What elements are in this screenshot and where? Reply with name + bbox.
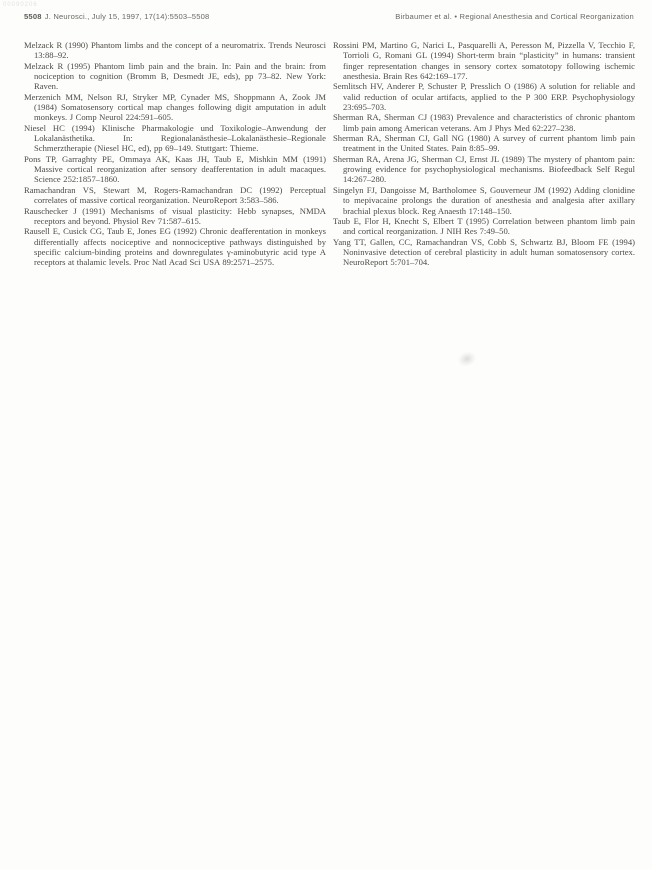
reference-entry: Yang TT, Gallen, CC, Ramachandran VS, Co… [333, 237, 635, 268]
references-column-left: Melzack R (1990) Phantom limbs and the c… [24, 40, 326, 268]
reference-entry: Pons TP, Garraghty PE, Ommaya AK, Kaas J… [24, 154, 326, 185]
reference-entry: Rausell E, Cusick CG, Taub E, Jones EG (… [24, 226, 326, 267]
reference-entry: Merzenich MM, Nelson RJ, Stryker MP, Cyn… [24, 92, 326, 123]
reference-entry: Semlitsch HV, Anderer P, Schuster P, Pre… [333, 81, 635, 112]
page-header: 5508J. Neurosci., July 15, 1997, 17(14):… [24, 12, 634, 21]
reference-entry: Sherman RA, Arena JG, Sherman CJ, Ernst … [333, 154, 635, 185]
reference-entry: Sherman RA, Sherman CJ (1983) Prevalence… [333, 112, 635, 133]
reference-entry: Taub E, Flor H, Knecht S, Elbert T (1995… [333, 216, 635, 237]
journal-citation-text: J. Neurosci., July 15, 1997, 17(14):5503… [45, 12, 210, 21]
reference-entry: Rauschecker J (1991) Mechanisms of visua… [24, 206, 326, 227]
reference-entry: Niesel HC (1994) Klinische Pharmakologie… [24, 123, 326, 154]
page-number: 5508 [24, 12, 42, 21]
reference-entry: Ramachandran VS, Stewart M, Rogers-Ramac… [24, 185, 326, 206]
scan-smudge-artifact [456, 349, 478, 368]
references-column-right: Rossini PM, Martino G, Narici L, Pasquar… [333, 40, 635, 268]
reference-entry: Melzack R (1995) Phantom limb pain and t… [24, 61, 326, 92]
reference-entry: Sherman RA, Sherman CJ, Gall NG (1980) A… [333, 133, 635, 154]
reference-entry: Singelyn FJ, Dangoisse M, Bartholomee S,… [333, 185, 635, 216]
references-section: Melzack R (1990) Phantom limbs and the c… [24, 40, 635, 268]
scan-corner-mark: 00090206 [3, 2, 38, 8]
running-title: Birbaumer et al. • Regional Anesthesia a… [395, 12, 634, 21]
journal-citation: 5508J. Neurosci., July 15, 1997, 17(14):… [24, 12, 209, 21]
reference-entry: Melzack R (1990) Phantom limbs and the c… [24, 40, 326, 61]
reference-entry: Rossini PM, Martino G, Narici L, Pasquar… [333, 40, 635, 81]
